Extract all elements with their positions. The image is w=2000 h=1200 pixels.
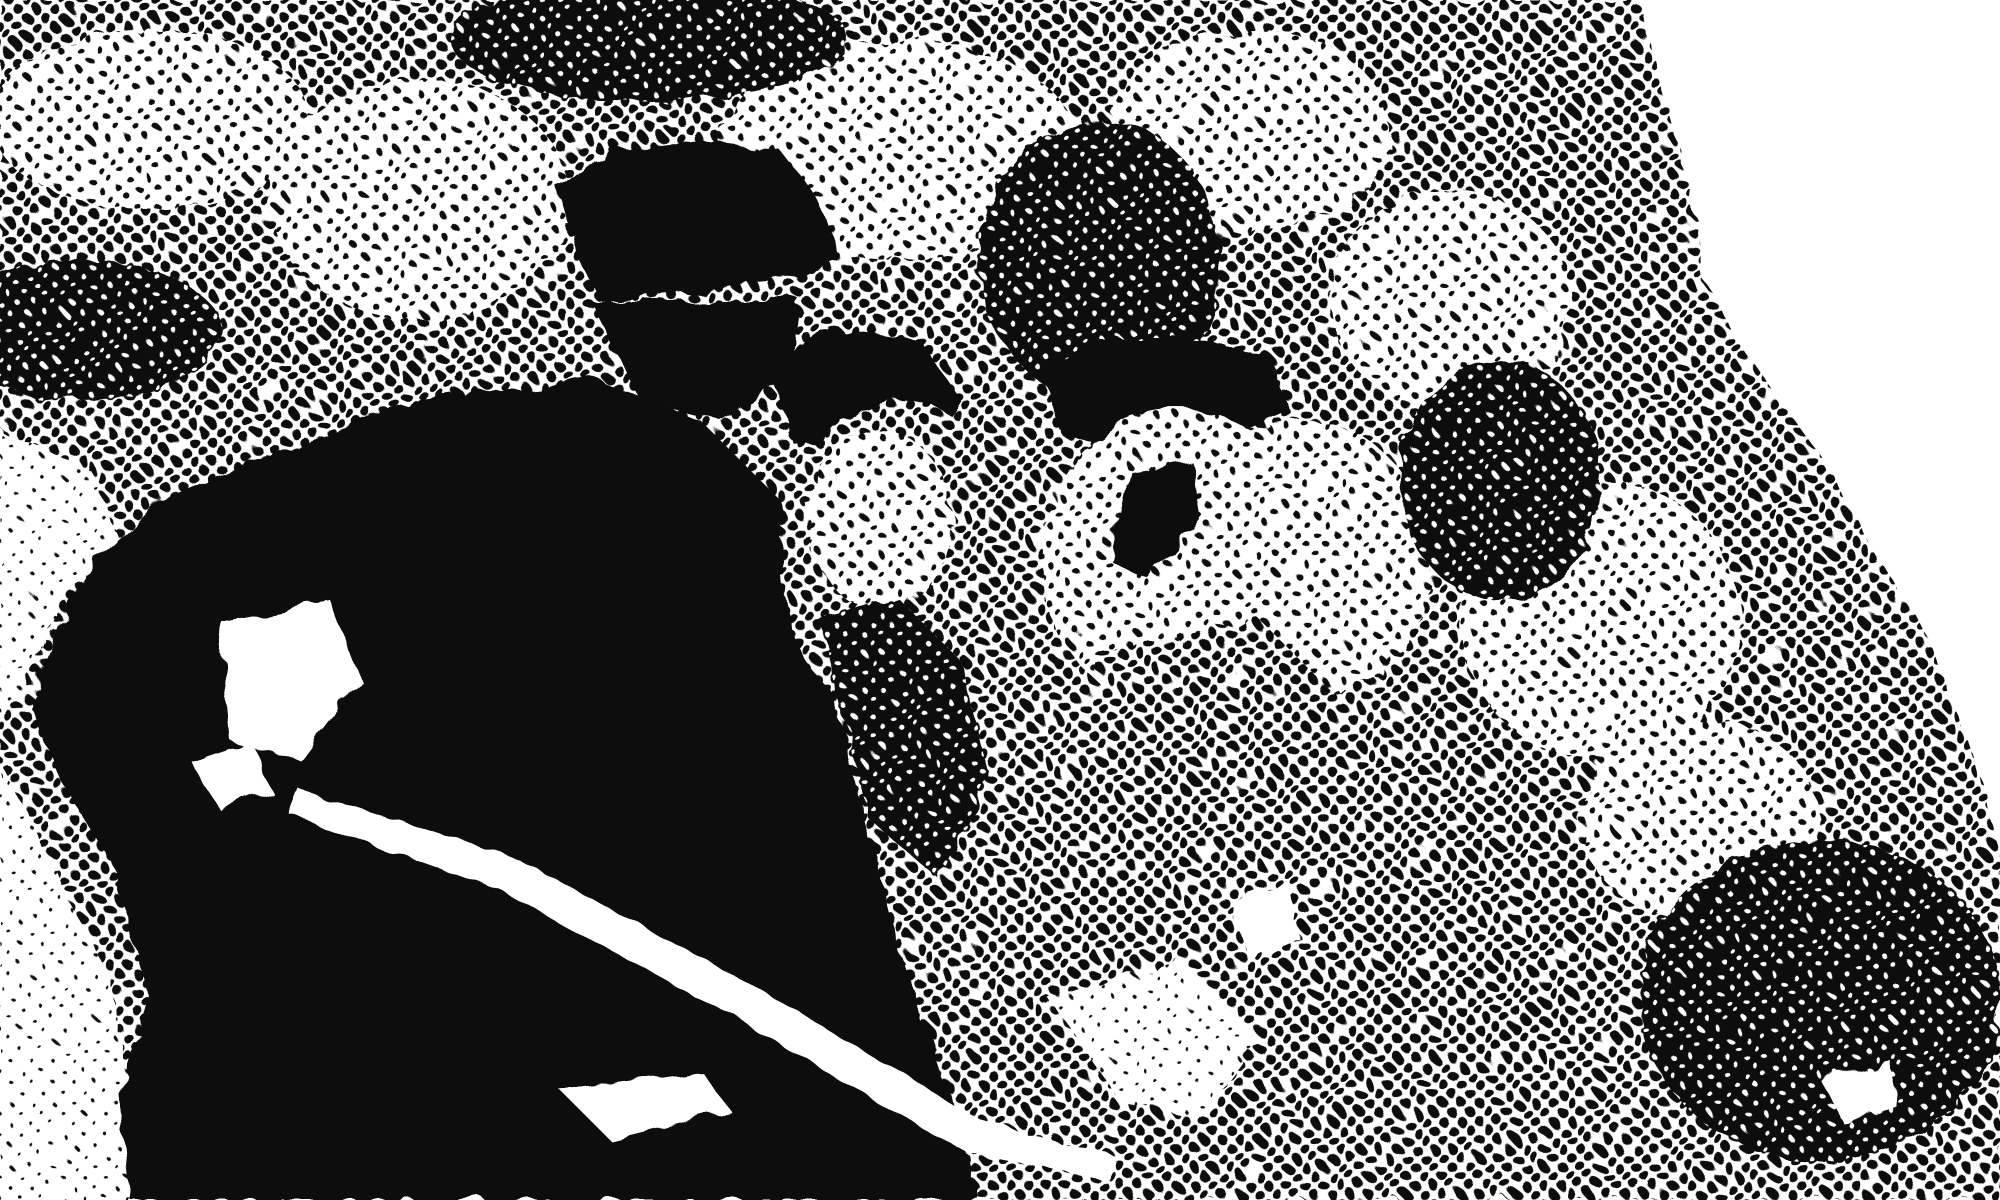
halftone-photo <box>0 0 2000 1200</box>
